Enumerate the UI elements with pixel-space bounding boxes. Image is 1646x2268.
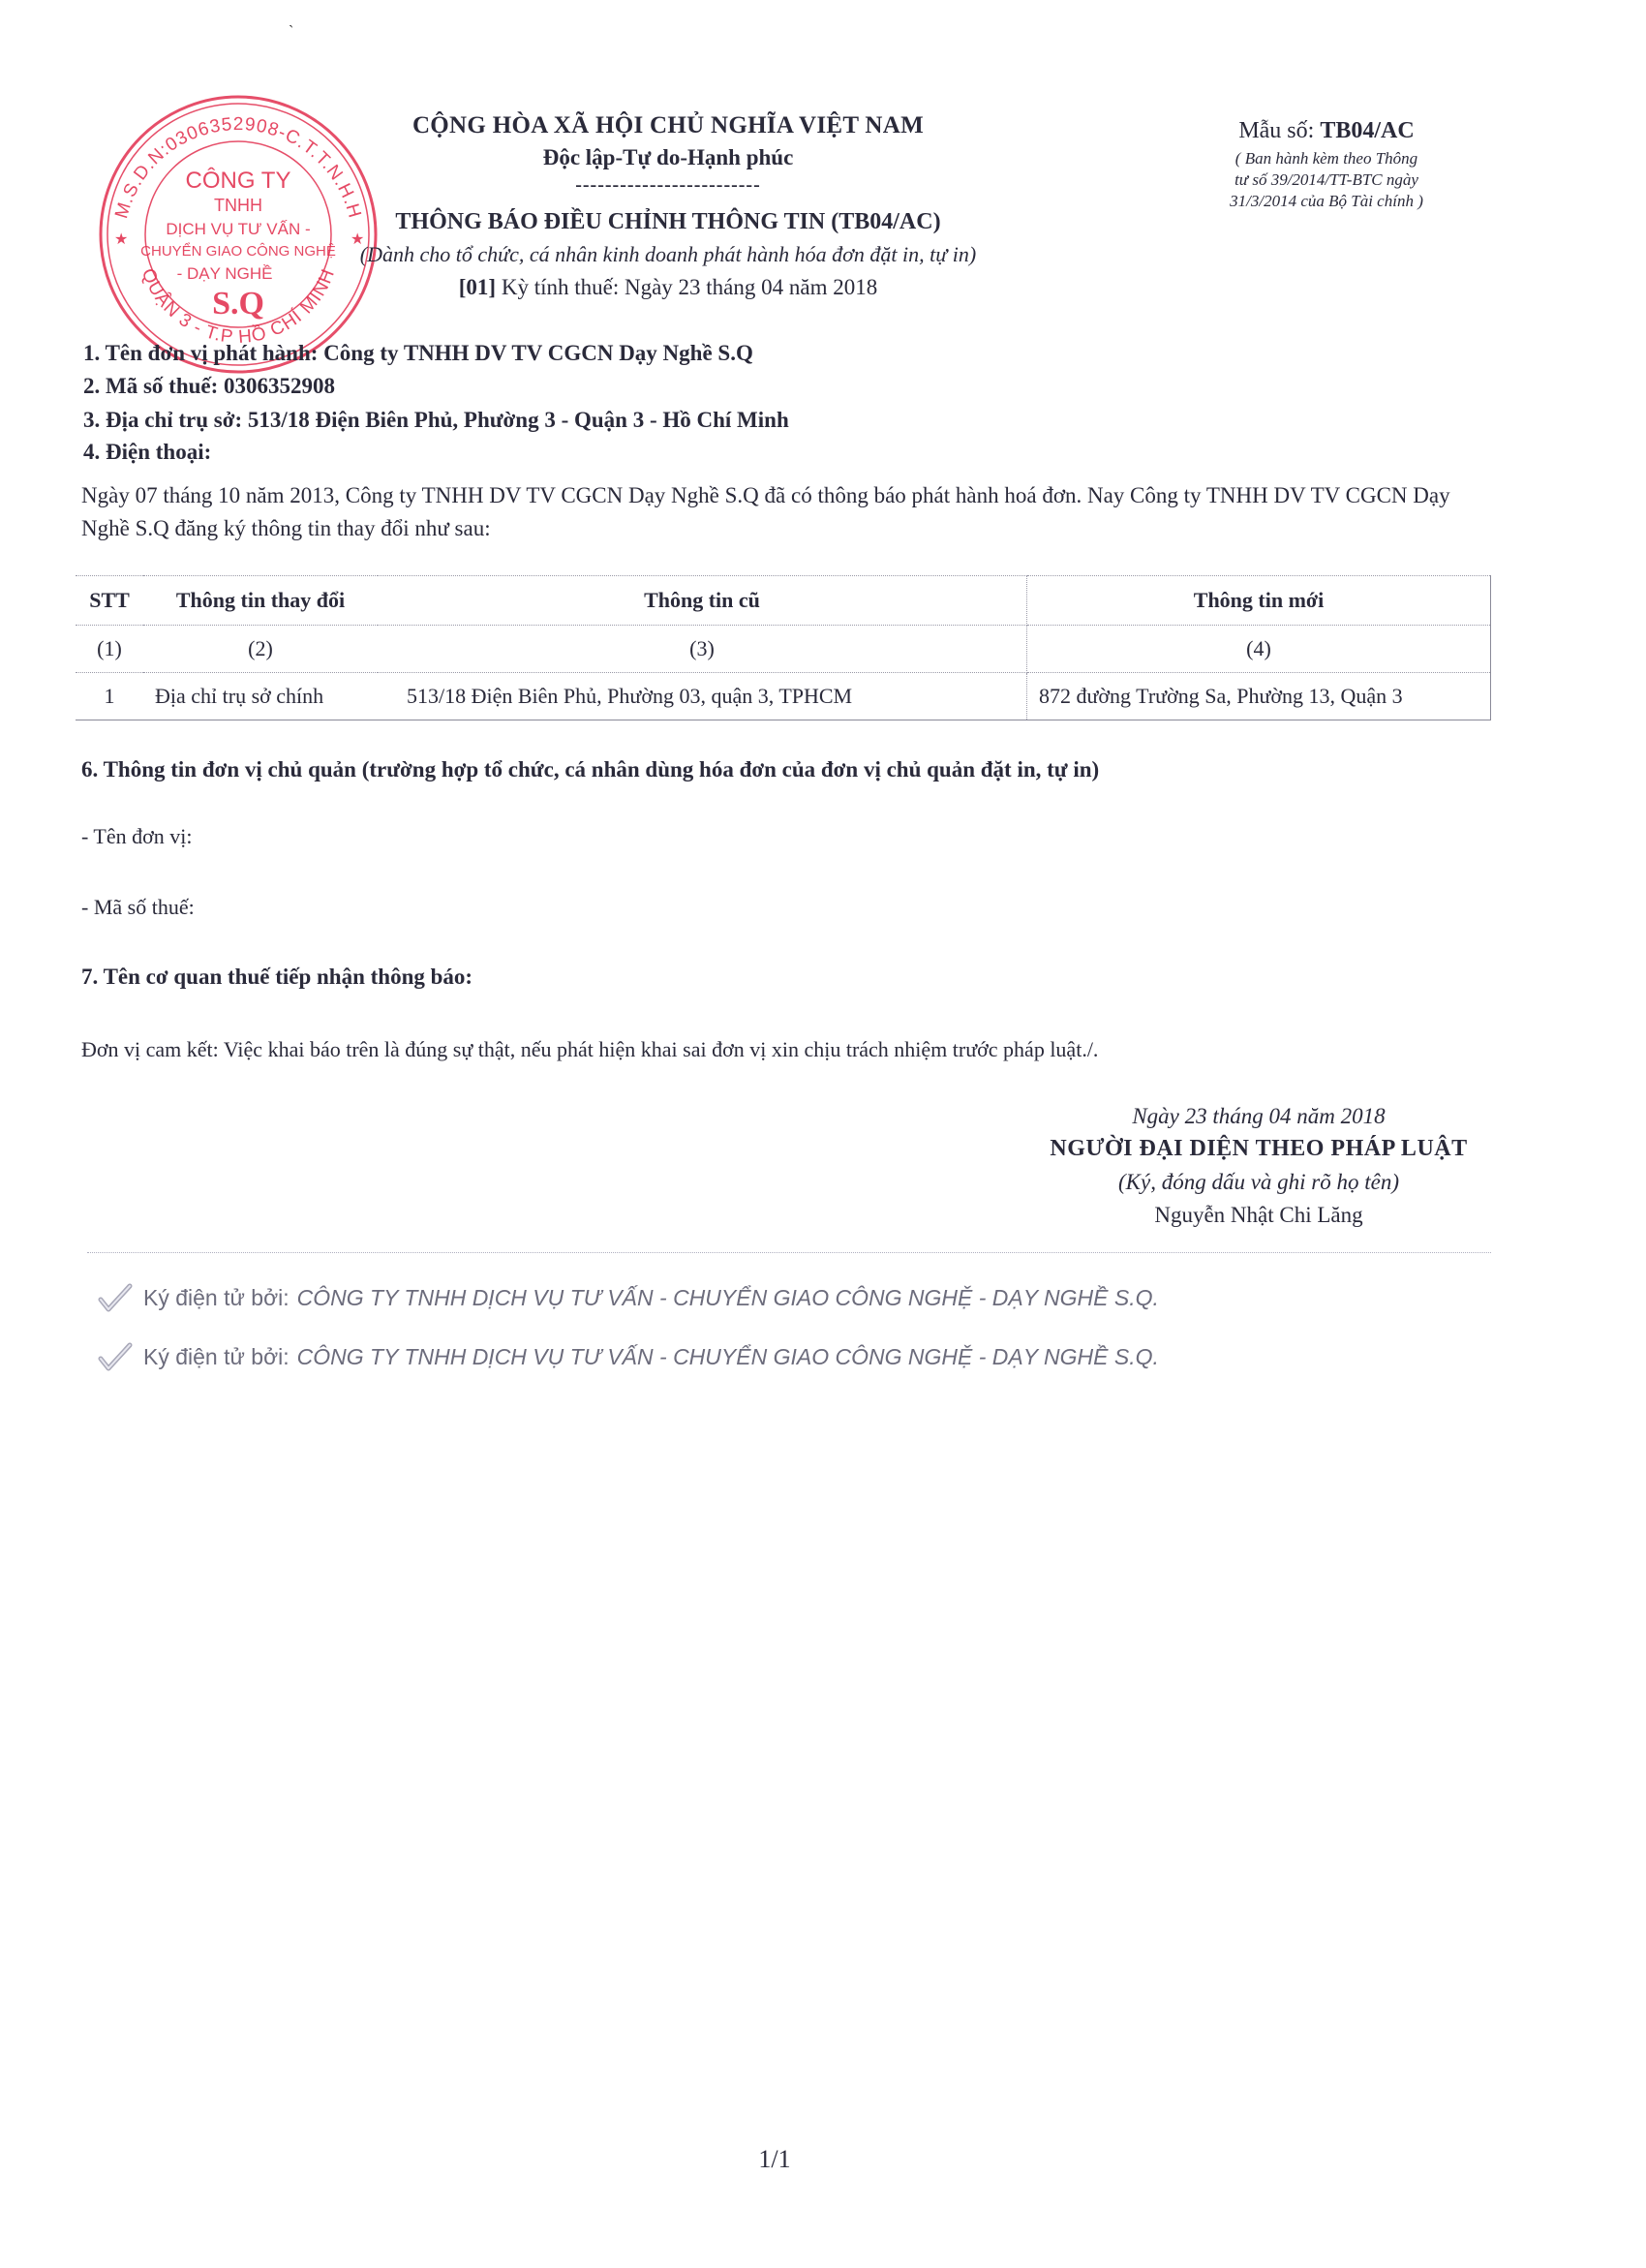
- checkmark-icon: [97, 1339, 136, 1374]
- page-number: 1/1: [736, 2145, 813, 2174]
- parent-unit-name-label: - Tên đơn vị:: [81, 824, 193, 849]
- national-motto: Độc lập-Tự do-Hạnh phúc: [368, 145, 968, 170]
- e-signature-org: CÔNG TY TNHH DỊCH VỤ TƯ VẤN - CHUYỂN GIA…: [297, 1285, 1159, 1311]
- form-note-line: 31/3/2014 của Bộ Tài chính ): [1186, 191, 1467, 212]
- tax-code-label: 2. Mã số thuế:: [83, 374, 218, 398]
- signature-note: (Ký, đóng dấu và ghi rõ họ tên): [1007, 1170, 1510, 1195]
- row-stt: 1: [76, 673, 143, 720]
- tax-code-row: 2. Mã số thuế: 0306352908: [83, 374, 335, 399]
- document-subtitle: (Dành cho tổ chức, cá nhân kinh doanh ph…: [290, 242, 1046, 267]
- e-signature-line: Ký điện tử bởi: CÔNG TY TNHH DỊCH VỤ TƯ …: [97, 1339, 1159, 1374]
- row-new-value: 872 đường Trường Sa, Phường 13, Quận 3: [1027, 673, 1491, 720]
- svg-text:TNHH: TNHH: [214, 196, 262, 215]
- issuer-name-value: Công ty TNHH DV TV CGCN Dạy Nghề S.Q: [323, 341, 753, 365]
- parent-unit-tax-code-label: - Mã số thuế:: [81, 895, 195, 920]
- table-index-row: (1) (2) (3) (4): [76, 626, 1491, 673]
- e-signature-line: Ký điện tử bởi: CÔNG TY TNHH DỊCH VỤ TƯ …: [97, 1280, 1159, 1315]
- national-title: CỘNG HÒA XÃ HỘI CHỦ NGHĨA VIỆT NAM: [368, 112, 968, 139]
- header-separator: -------------------------: [368, 174, 968, 197]
- column-header: STT: [76, 576, 143, 626]
- column-index: (2): [143, 626, 378, 673]
- tax-period: [01] Kỳ tính thuế: Ngày 23 tháng 04 năm …: [329, 275, 1007, 300]
- column-header: Thông tin thay đổi: [143, 576, 378, 626]
- row-changed-field: Địa chỉ trụ sở chính: [143, 673, 378, 720]
- table-row: 1 Địa chỉ trụ sở chính 513/18 Điện Biên …: [76, 673, 1491, 720]
- changes-table: STT Thông tin thay đổi Thông tin cũ Thôn…: [76, 575, 1491, 720]
- signer-name: Nguyễn Nhật Chi Lăng: [1007, 1203, 1510, 1228]
- signature-date: Ngày 23 tháng 04 năm 2018: [1007, 1104, 1510, 1129]
- svg-text:- DẠY NGHỀ: - DẠY NGHỀ: [177, 264, 273, 283]
- svg-text:★: ★: [114, 231, 128, 248]
- form-number-box: Mẫu số: TB04/AC ( Ban hành kèm theo Thôn…: [1186, 118, 1467, 212]
- svg-text:DỊCH VỤ TƯ VẤN -: DỊCH VỤ TƯ VẤN -: [166, 220, 310, 238]
- column-index: (1): [76, 626, 143, 673]
- form-note-line: ( Ban hành kèm theo Thông: [1186, 148, 1467, 169]
- tax-period-code: [01]: [459, 275, 496, 299]
- divider: [87, 1252, 1491, 1253]
- column-header: Thông tin mới: [1027, 576, 1491, 626]
- section-6-title: 6. Thông tin đơn vị chủ quản (trường hợp…: [81, 757, 1099, 782]
- form-note-line: tư số 39/2014/TT-BTC ngày: [1186, 169, 1467, 191]
- column-index: (4): [1027, 626, 1491, 673]
- e-signature-label: Ký điện tử bởi:: [143, 1285, 290, 1311]
- column-index: (3): [378, 626, 1027, 673]
- section-7-title: 7. Tên cơ quan thuế tiếp nhận thông báo:: [81, 965, 472, 990]
- row-old-value: 513/18 Điện Biên Phủ, Phường 03, quận 3,…: [378, 673, 1027, 720]
- column-header: Thông tin cũ: [378, 576, 1027, 626]
- commitment-statement: Đơn vị cam kết: Việc khai báo trên là đú…: [81, 1037, 1098, 1062]
- issuer-name-label: 1. Tên đơn vị phát hành:: [83, 341, 318, 365]
- svg-text:S.Q: S.Q: [212, 286, 264, 322]
- phone-label: 4. Điện thoại:: [83, 440, 211, 464]
- tax-period-text: Kỳ tính thuế: Ngày 23 tháng 04 năm 2018: [502, 275, 877, 299]
- checkmark-icon: [97, 1280, 136, 1315]
- document-title: THÔNG BÁO ĐIỀU CHỈNH THÔNG TIN (TB04/AC): [329, 209, 1007, 235]
- phone-row: 4. Điện thoại:: [83, 440, 211, 465]
- e-signature-label: Ký điện tử bởi:: [143, 1344, 290, 1370]
- signature-role: NGƯỜI ĐẠI DIỆN THEO PHÁP LUẬT: [1007, 1136, 1510, 1162]
- e-signature-org: CÔNG TY TNHH DỊCH VỤ TƯ VẤN - CHUYỂN GIA…: [297, 1344, 1159, 1370]
- address-value: 513/18 Điện Biên Phủ, Phường 3 - Quận 3 …: [248, 408, 789, 432]
- address-label: 3. Địa chỉ trụ sở:: [83, 408, 242, 432]
- issuer-name-row: 1. Tên đơn vị phát hành: Công ty TNHH DV…: [83, 341, 753, 366]
- form-number-label: Mẫu số:: [1238, 118, 1314, 143]
- intro-paragraph: Ngày 07 tháng 10 năm 2013, Công ty TNHH …: [81, 479, 1495, 545]
- table-header-row: STT Thông tin thay đổi Thông tin cũ Thôn…: [76, 576, 1491, 626]
- svg-text:CÔNG TY: CÔNG TY: [186, 167, 291, 194]
- form-number-code: TB04/AC: [1320, 118, 1414, 143]
- tax-code-value: 0306352908: [224, 374, 335, 398]
- scan-mark: ˎ: [289, 12, 293, 29]
- address-row: 3. Địa chỉ trụ sở: 513/18 Điện Biên Phủ,…: [83, 408, 789, 433]
